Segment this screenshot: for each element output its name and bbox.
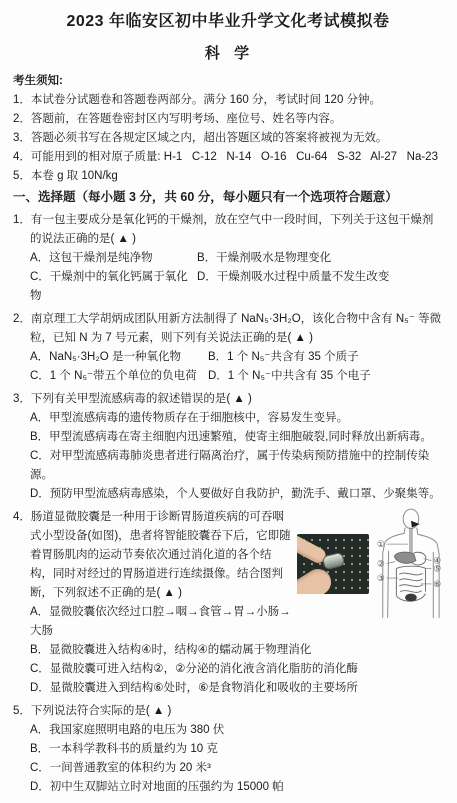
transverse-colon — [396, 566, 425, 568]
question-5-option-a: A．我国家庭照明电路的电压为 380 伏 — [30, 721, 443, 740]
question-1-option-b: B．干燥剂吸水是物理变化 — [197, 249, 331, 268]
notice-section: 考生须知: 1．本试卷分试题卷和答题卷两部分。满分 160 分，考试时间 120… — [13, 72, 443, 186]
question-4-option-d: D．显微胶囊进入到结构⑥处时，⑥是食物消化和吸收的主要场所 — [30, 679, 443, 698]
question-1: 1．有一包主要成分是氧化钙的干燥剂，放在空气中一段时间，下列关于这包干燥剂的说法… — [13, 211, 443, 306]
question-1-options-row-2: C．干燥剂中的氧化钙属于氧化物 D．干燥剂吸水过程中质量不发生改变 — [30, 268, 443, 306]
diagram-label-2: ② — [377, 558, 385, 568]
question-3-option-a: A．甲型流感病毒的遗传物质存在于细胞核中，容易发生变异。 — [30, 409, 443, 428]
question-3-option-d: D．预防甲型流感病毒感染，个人要做好自我防护，勤洗手、戴口罩、少聚集等。 — [30, 485, 443, 504]
notice-item-3: 3．答题必须书写在各规定区域之内，超出答题区域的答案将被视为无效。 — [13, 129, 443, 148]
question-3: 3．下列有关甲型流感病毒的叙述错误的是( ▲ ) A．甲型流感病毒的遗传物质存在… — [13, 390, 443, 504]
question-1-option-d: D．干燥剂吸水过程中质量不发生改变 — [197, 268, 389, 306]
rectum — [405, 594, 417, 602]
question-1-option-a: A．这包干燥剂是纯净物 — [30, 249, 197, 268]
question-2-option-b: B．1 个 N₅⁻共含有 35 个质子 — [208, 348, 359, 367]
question-5-stem: 5．下列说法符合实际的是( ▲ ) — [13, 702, 443, 721]
notice-item-5: 5．本卷 g 取 10N/kg — [13, 167, 443, 186]
page-title: 2023 年临安区初中毕业升学文化考试模拟卷 — [13, 8, 443, 31]
head-outline — [403, 509, 419, 528]
diagram-label-3: ③ — [377, 573, 385, 583]
question-5-option-b: B．一本科学教科书的质量约为 10 克 — [30, 740, 443, 759]
question-2-options-row-1: A．NaN₅·3H₂O 是一种氧化物 B．1 个 N₅⁻共含有 35 个质子 — [30, 348, 443, 367]
section-heading-choice: 一、选择题（每小题 3 分，共 60 分，每小题只有一个选项符合题意） — [13, 187, 443, 207]
notice-heading: 考生须知: — [13, 72, 443, 91]
question-2-option-c: C．1 个 N₅⁻带五个单位的负电荷 — [30, 367, 208, 386]
question-1-option-c: C．干燥剂中的氧化钙属于氧化物 — [30, 268, 197, 306]
question-5-option-c: C．一间普通教室的体积约为 20 米³ — [30, 759, 443, 778]
question-3-option-c: C．对甲型流感病毒肺炎患者进行隔离治疗，属于传染病预防措施中的控制传染源。 — [30, 447, 443, 485]
question-4-option-b: B．显微胶囊进入结构④时，结构④的蠕动属于物理消化 — [30, 641, 443, 660]
question-4: ① ② ③ ④ ⑤ ⑥ 4．肠道显微胶囊是一种用于诊断胃肠道疾病的可吞咽式小型设… — [13, 508, 443, 698]
question-1-stem: 1．有一包主要成分是氧化钙的干燥剂，放在空气中一段时间，下列关于这包干燥剂的说法… — [13, 211, 443, 249]
question-4-option-c: C．显微胶囊可进入结构②，②分泌的消化液含消化脂肪的消化酶 — [30, 660, 443, 679]
question-4-figures: ① ② ③ ④ ⑤ ⑥ — [297, 508, 443, 620]
question-2-stem: 2．南京理工大学胡炳成团队用新方法制得了 NaN₅·3H₂O，该化合物中含有 N… — [13, 310, 443, 348]
torso-outline — [383, 533, 439, 618]
question-3-stem: 3．下列有关甲型流感病毒的叙述错误的是( ▲ ) — [13, 390, 443, 409]
digestive-system-diagram: ① ② ③ ④ ⑤ ⑥ — [375, 508, 443, 620]
esophagus — [410, 528, 412, 554]
question-2-options-row-2: C．1 个 N₅⁻带五个单位的负电荷 D．1 个 N₅⁻中共含有 35 个电子 — [30, 367, 443, 386]
notice-item-1: 1．本试卷分试题卷和答题卷两部分。满分 160 分，考试时间 120 分钟。 — [13, 91, 443, 110]
page-subject: 科 学 — [13, 42, 443, 63]
notice-item-4: 4．可能用到的相对原子质量: H-1 C-12 N-14 O-16 Cu-64 … — [13, 148, 443, 167]
question-2-option-d: D．1 个 N₅⁻中共含有 35 个电子 — [208, 367, 371, 386]
question-5: 5．下列说法符合实际的是( ▲ ) A．我国家庭照明电路的电压为 380 伏 B… — [13, 702, 443, 797]
question-2-option-a: A．NaN₅·3H₂O 是一种氧化物 — [30, 348, 208, 367]
liver — [394, 552, 415, 563]
question-3-option-b: B．甲型流感病毒在寄主细胞内迅速繁殖，使寄主细胞破裂,同时释放出新病毒。 — [30, 428, 443, 447]
diagram-label-1: ① — [377, 539, 385, 549]
diagram-label-6: ⑥ — [433, 579, 441, 589]
capsule-photo-image — [297, 534, 369, 594]
question-2: 2．南京理工大学胡炳成团队用新方法制得了 NaN₅·3H₂O，该化合物中含有 N… — [13, 310, 443, 386]
exam-paper-page: 2023 年临安区初中毕业升学文化考试模拟卷 科 学 考生须知: 1．本试卷分试… — [0, 0, 457, 803]
question-5-option-d: D．初中生双脚站立时对地面的压强约为 15000 帕 — [30, 778, 443, 797]
question-1-options-row-1: A．这包干燥剂是纯净物 B．干燥剂吸水是物理变化 — [30, 249, 443, 268]
notice-item-2: 2．答题前，在答题卷密封区内写明考场、座位号、姓名等内容。 — [13, 110, 443, 129]
leader-line-4 — [424, 559, 432, 561]
diagram-label-5: ⑤ — [433, 563, 441, 573]
small-intestine — [399, 573, 422, 592]
